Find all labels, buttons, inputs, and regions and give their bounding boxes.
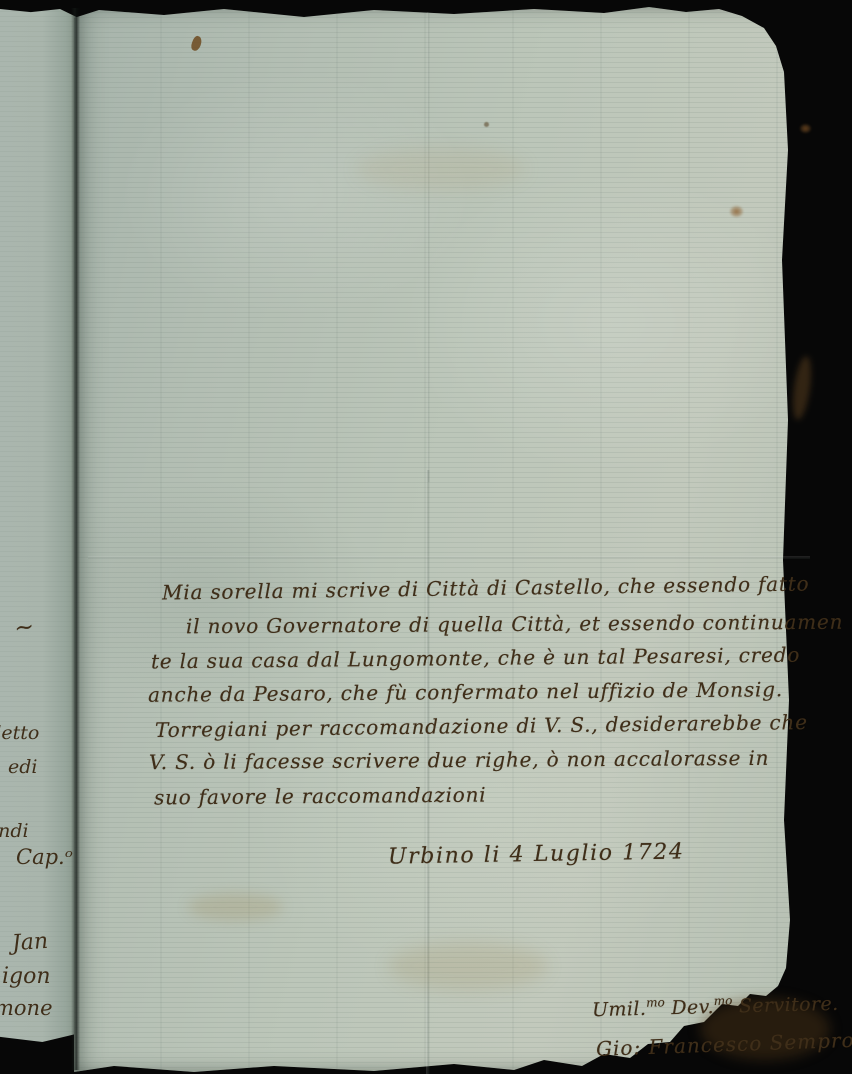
valediction-superscript: mo [714,994,733,1008]
letter-body-line: V. S. ò li facesse scrivere due righe, ò… [149,746,769,774]
valediction-part: Servitore. [732,993,839,1018]
facing-page-fragment: mone [0,996,53,1020]
letter-page [74,0,816,1074]
paper-mottling [74,0,816,1074]
letter-dateline: Urbino li 4 Luglio 1724 [388,839,685,869]
facing-page-fragment: ~ [12,612,36,643]
facing-page-fragment: igon [2,964,51,989]
facing-page-sliver: ~ edetto edi condi Cap.ᵒ Jan igon mone [0,9,77,1042]
facing-page-fragment: edi [8,756,37,778]
facing-page-fragment: Cap.ᵒ [16,845,73,869]
valediction-part: Umil. [592,998,647,1021]
scanned-letter-photo: ~ edetto edi condi Cap.ᵒ Jan igon mone M… [0,0,852,1074]
laid-paper-texture [74,0,816,1074]
stain [800,124,811,133]
letter-body-line: il novo Governatore di quella Città, et … [186,610,843,639]
signature-valediction: Umil.mo Dev.mo Servitore. [592,991,839,1021]
stain [790,355,815,421]
valediction-superscript: mo [646,995,665,1009]
facing-page-fragment: edetto [0,722,39,744]
laid-paper-texture [0,9,77,1042]
facing-page-fragment: Jan [11,929,49,956]
valediction-part: Dev. [665,996,715,1019]
facing-page-fragment: condi [0,820,29,842]
letter-body-line: suo favore le raccomandazioni [154,783,487,810]
